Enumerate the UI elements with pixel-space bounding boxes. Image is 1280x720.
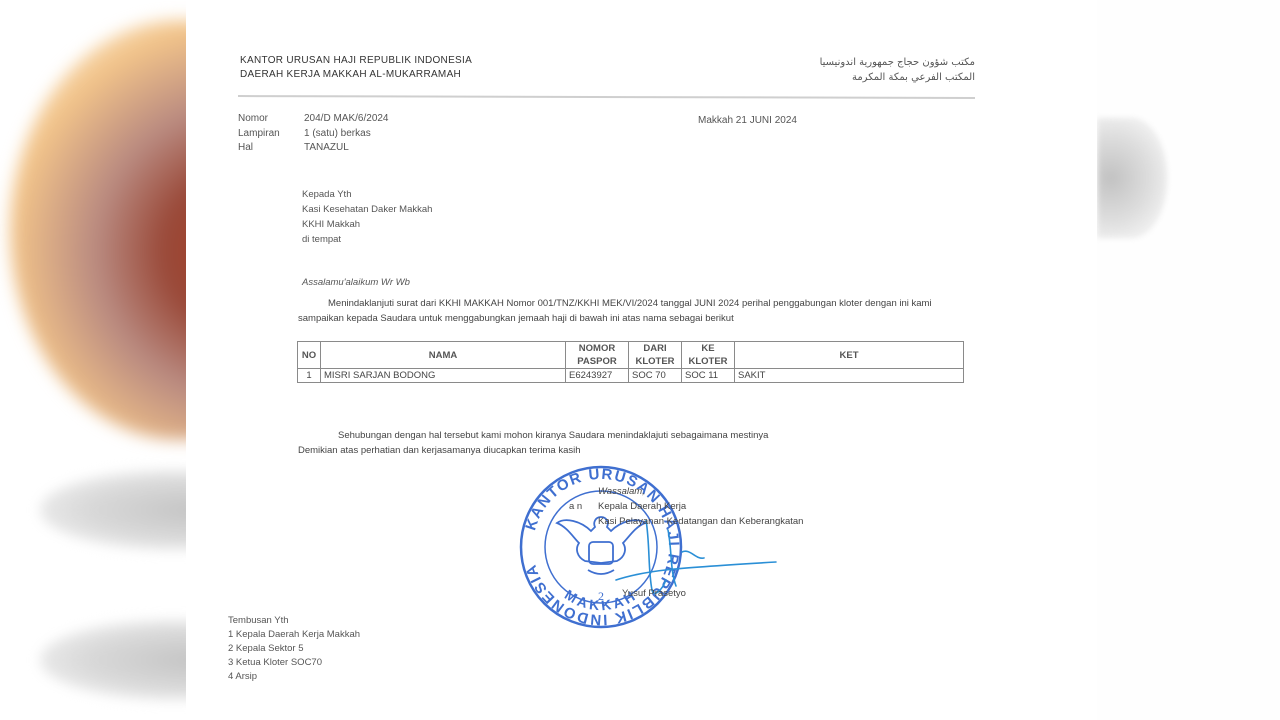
cell-ket: SAKIT	[735, 369, 964, 383]
recipient-line: KKHI Makkah	[302, 217, 432, 232]
letterhead-line: المكتب الفرعي بمكة المكرمة	[820, 70, 975, 85]
cell-dari: SOC 70	[629, 369, 682, 383]
signer-title-1: a nKepala Daerah Kerja	[598, 499, 803, 514]
col-ket: KET	[735, 342, 964, 369]
closing-block: Sehubungan dengan hal tersebut kami moho…	[298, 428, 768, 458]
meta-label: Lampiran	[238, 127, 304, 142]
tembusan-item: 4 Arsip	[228, 670, 360, 684]
tembusan-item: 1 Kepala Daerah Kerja Makkah	[228, 628, 360, 642]
meta-value: TANAZUL	[304, 142, 349, 153]
signer-title-2: Kasi Pelayanan Kedatangan dan Keberangka…	[598, 514, 803, 529]
meta-label: Hal	[238, 141, 304, 156]
svg-text:2: 2	[598, 589, 604, 603]
body-text: Menindaklanjuti surat dari KKHI MAKKAH N…	[298, 298, 932, 324]
closing-line: Demikian atas perhatian dan kerjasamanya…	[298, 443, 768, 458]
pilgrim-table: NO NAMA NOMORPASPOR DARIKLOTER KEKLOTER …	[297, 341, 964, 383]
tembusan-item: 2 Kepala Sektor 5	[228, 642, 360, 656]
letterhead-line: KANTOR URUSAN HAJI REPUBLIK INDONESIA	[240, 54, 472, 68]
signature-block: Wassalam, a nKepala Daerah Kerja Kasi Pe…	[598, 484, 803, 529]
cell-ke: SOC 11	[682, 369, 735, 383]
meta-nomor: Nomor204/D MAK/6/2024	[238, 112, 389, 127]
letterhead-left: KANTOR URUSAN HAJI REPUBLIK INDONESIA DA…	[240, 54, 472, 82]
meta-label: Nomor	[238, 112, 304, 127]
blurred-background-right	[1097, 118, 1167, 238]
meta-value: 1 (satu) berkas	[304, 128, 371, 139]
letterhead-line: مكتب شؤون حجاج جمهورية اندونيسيا	[820, 55, 975, 70]
col-paspor: NOMORPASPOR	[566, 342, 629, 369]
table-header-row: NO NAMA NOMORPASPOR DARIKLOTER KEKLOTER …	[298, 342, 964, 369]
meta-value: 204/D MAK/6/2024	[304, 113, 389, 124]
salutation: Wassalam,	[598, 484, 803, 499]
cell-paspor: E6243927	[566, 369, 629, 383]
blurred-photo	[10, 20, 186, 440]
tembusan-title: Tembusan Yth	[228, 614, 360, 628]
col-dari-kloter: DARIKLOTER	[629, 342, 682, 369]
header-divider	[238, 95, 975, 99]
recipient-line: Kepada Yth	[302, 187, 432, 202]
col-no: NO	[298, 342, 321, 369]
letter-meta: Nomor204/D MAK/6/2024 Lampiran1 (satu) b…	[238, 112, 389, 156]
letterhead-right-arabic: مكتب شؤون حجاج جمهورية اندونيسيا المكتب …	[820, 55, 975, 85]
body-paragraph: Menindaklanjuti surat dari KKHI MAKKAH N…	[298, 296, 978, 326]
tembusan-item: 3 Ketua Kloter SOC70	[228, 656, 360, 670]
meta-hal: HalTANAZUL	[238, 141, 389, 156]
greeting: Assalamu'alaikum Wr Wb	[302, 277, 410, 288]
recipient-block: Kepada Yth Kasi Kesehatan Daker Makkah K…	[302, 187, 432, 247]
place-date: Makkah 21 JUNI 2024	[698, 115, 797, 126]
recipient-line: di tempat	[302, 232, 432, 247]
blurred-background-left	[0, 0, 186, 720]
cell-no: 1	[298, 369, 321, 383]
recipient-line: Kasi Kesehatan Daker Makkah	[302, 202, 432, 217]
table-row: 1 MISRI SARJAN BODONG E6243927 SOC 70 SO…	[298, 369, 964, 383]
blurred-shape	[40, 470, 186, 550]
tembusan-block: Tembusan Yth 1 Kepala Daerah Kerja Makka…	[228, 614, 360, 684]
meta-lampiran: Lampiran1 (satu) berkas	[238, 127, 389, 142]
signer-name: Yusuf Prasetyo	[622, 588, 686, 599]
closing-line: Sehubungan dengan hal tersebut kami moho…	[298, 428, 768, 443]
letterhead-line: DAERAH KERJA MAKKAH AL-MUKARRAMAH	[240, 68, 472, 82]
cell-nama: MISRI SARJAN BODONG	[321, 369, 566, 383]
blurred-shape	[40, 620, 186, 700]
col-ke-kloter: KEKLOTER	[682, 342, 735, 369]
col-nama: NAMA	[321, 342, 566, 369]
letter-document: KANTOR URUSAN HAJI REPUBLIK INDONESIA DA…	[186, 0, 1097, 720]
